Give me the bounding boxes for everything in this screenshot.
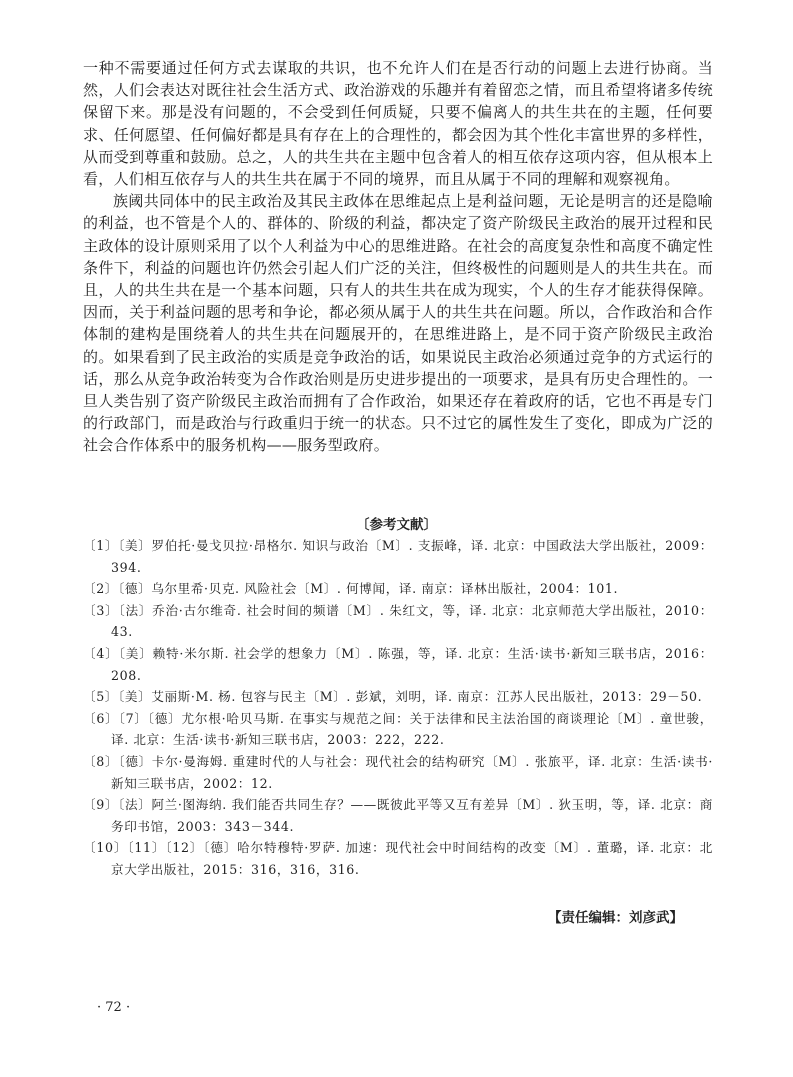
body-text: 一种不需要通过任何方式去谋取的共识，也不允许人们在是否行动的问题上去进行协商。当… — [83, 57, 713, 457]
reference-item: 〔1〕〔美〕罗伯托·曼戈贝拉·昂格尔. 知识与政治〔M〕. 支振峰，译. 北京：… — [83, 535, 713, 578]
reference-item: 〔2〕〔德〕乌尔里希·贝克. 风险社会〔M〕. 何博闻，译. 南京：译林出版社，… — [83, 578, 713, 600]
paragraph: 族阈共同体中的民主政治及其民主政体在思维起点上是利益问题，无论是明言的还是隐喻的… — [83, 190, 713, 456]
page-number: · 72 · — [97, 1000, 130, 1015]
references-title: 〔参考文献〕 — [0, 513, 793, 533]
reference-item: 〔6〕〔7〕〔德〕尤尔根·哈贝马斯. 在事实与规范之间：关于法律和民主法治国的商… — [83, 708, 713, 751]
references-list: 〔1〕〔美〕罗伯托·曼戈贝拉·昂格尔. 知识与政治〔M〕. 支振峰，译. 北京：… — [83, 535, 713, 881]
reference-item: 〔4〕〔美〕赖特·米尔斯. 社会学的想象力〔M〕. 陈强，等，译. 北京：生活·… — [83, 643, 713, 686]
reference-item: 〔9〕〔法〕阿兰·图海纳. 我们能否共同生存？——既彼此平等又互有差异〔M〕. … — [83, 794, 713, 837]
editor-note: 【责任编辑：刘彦武】 — [548, 906, 683, 926]
reference-item: 〔3〕〔法〕乔治·古尔维奇. 社会时间的频谱〔M〕. 朱红文，等，译. 北京：北… — [83, 600, 713, 643]
reference-item: 〔5〕〔美〕艾丽斯·M. 杨. 包容与民主〔M〕. 彭斌，刘明，译. 南京：江苏… — [83, 686, 713, 708]
reference-item: 〔8〕〔德〕卡尔·曼海姆. 重建时代的人与社会：现代社会的结构研究〔M〕. 张旅… — [83, 751, 713, 794]
reference-item: 〔10〕〔11〕〔12〕〔德〕哈尔特穆特·罗萨. 加速：现代社会中时间结构的改变… — [83, 837, 713, 880]
paragraph: 一种不需要通过任何方式去谋取的共识，也不允许人们在是否行动的问题上去进行协商。当… — [83, 57, 713, 190]
